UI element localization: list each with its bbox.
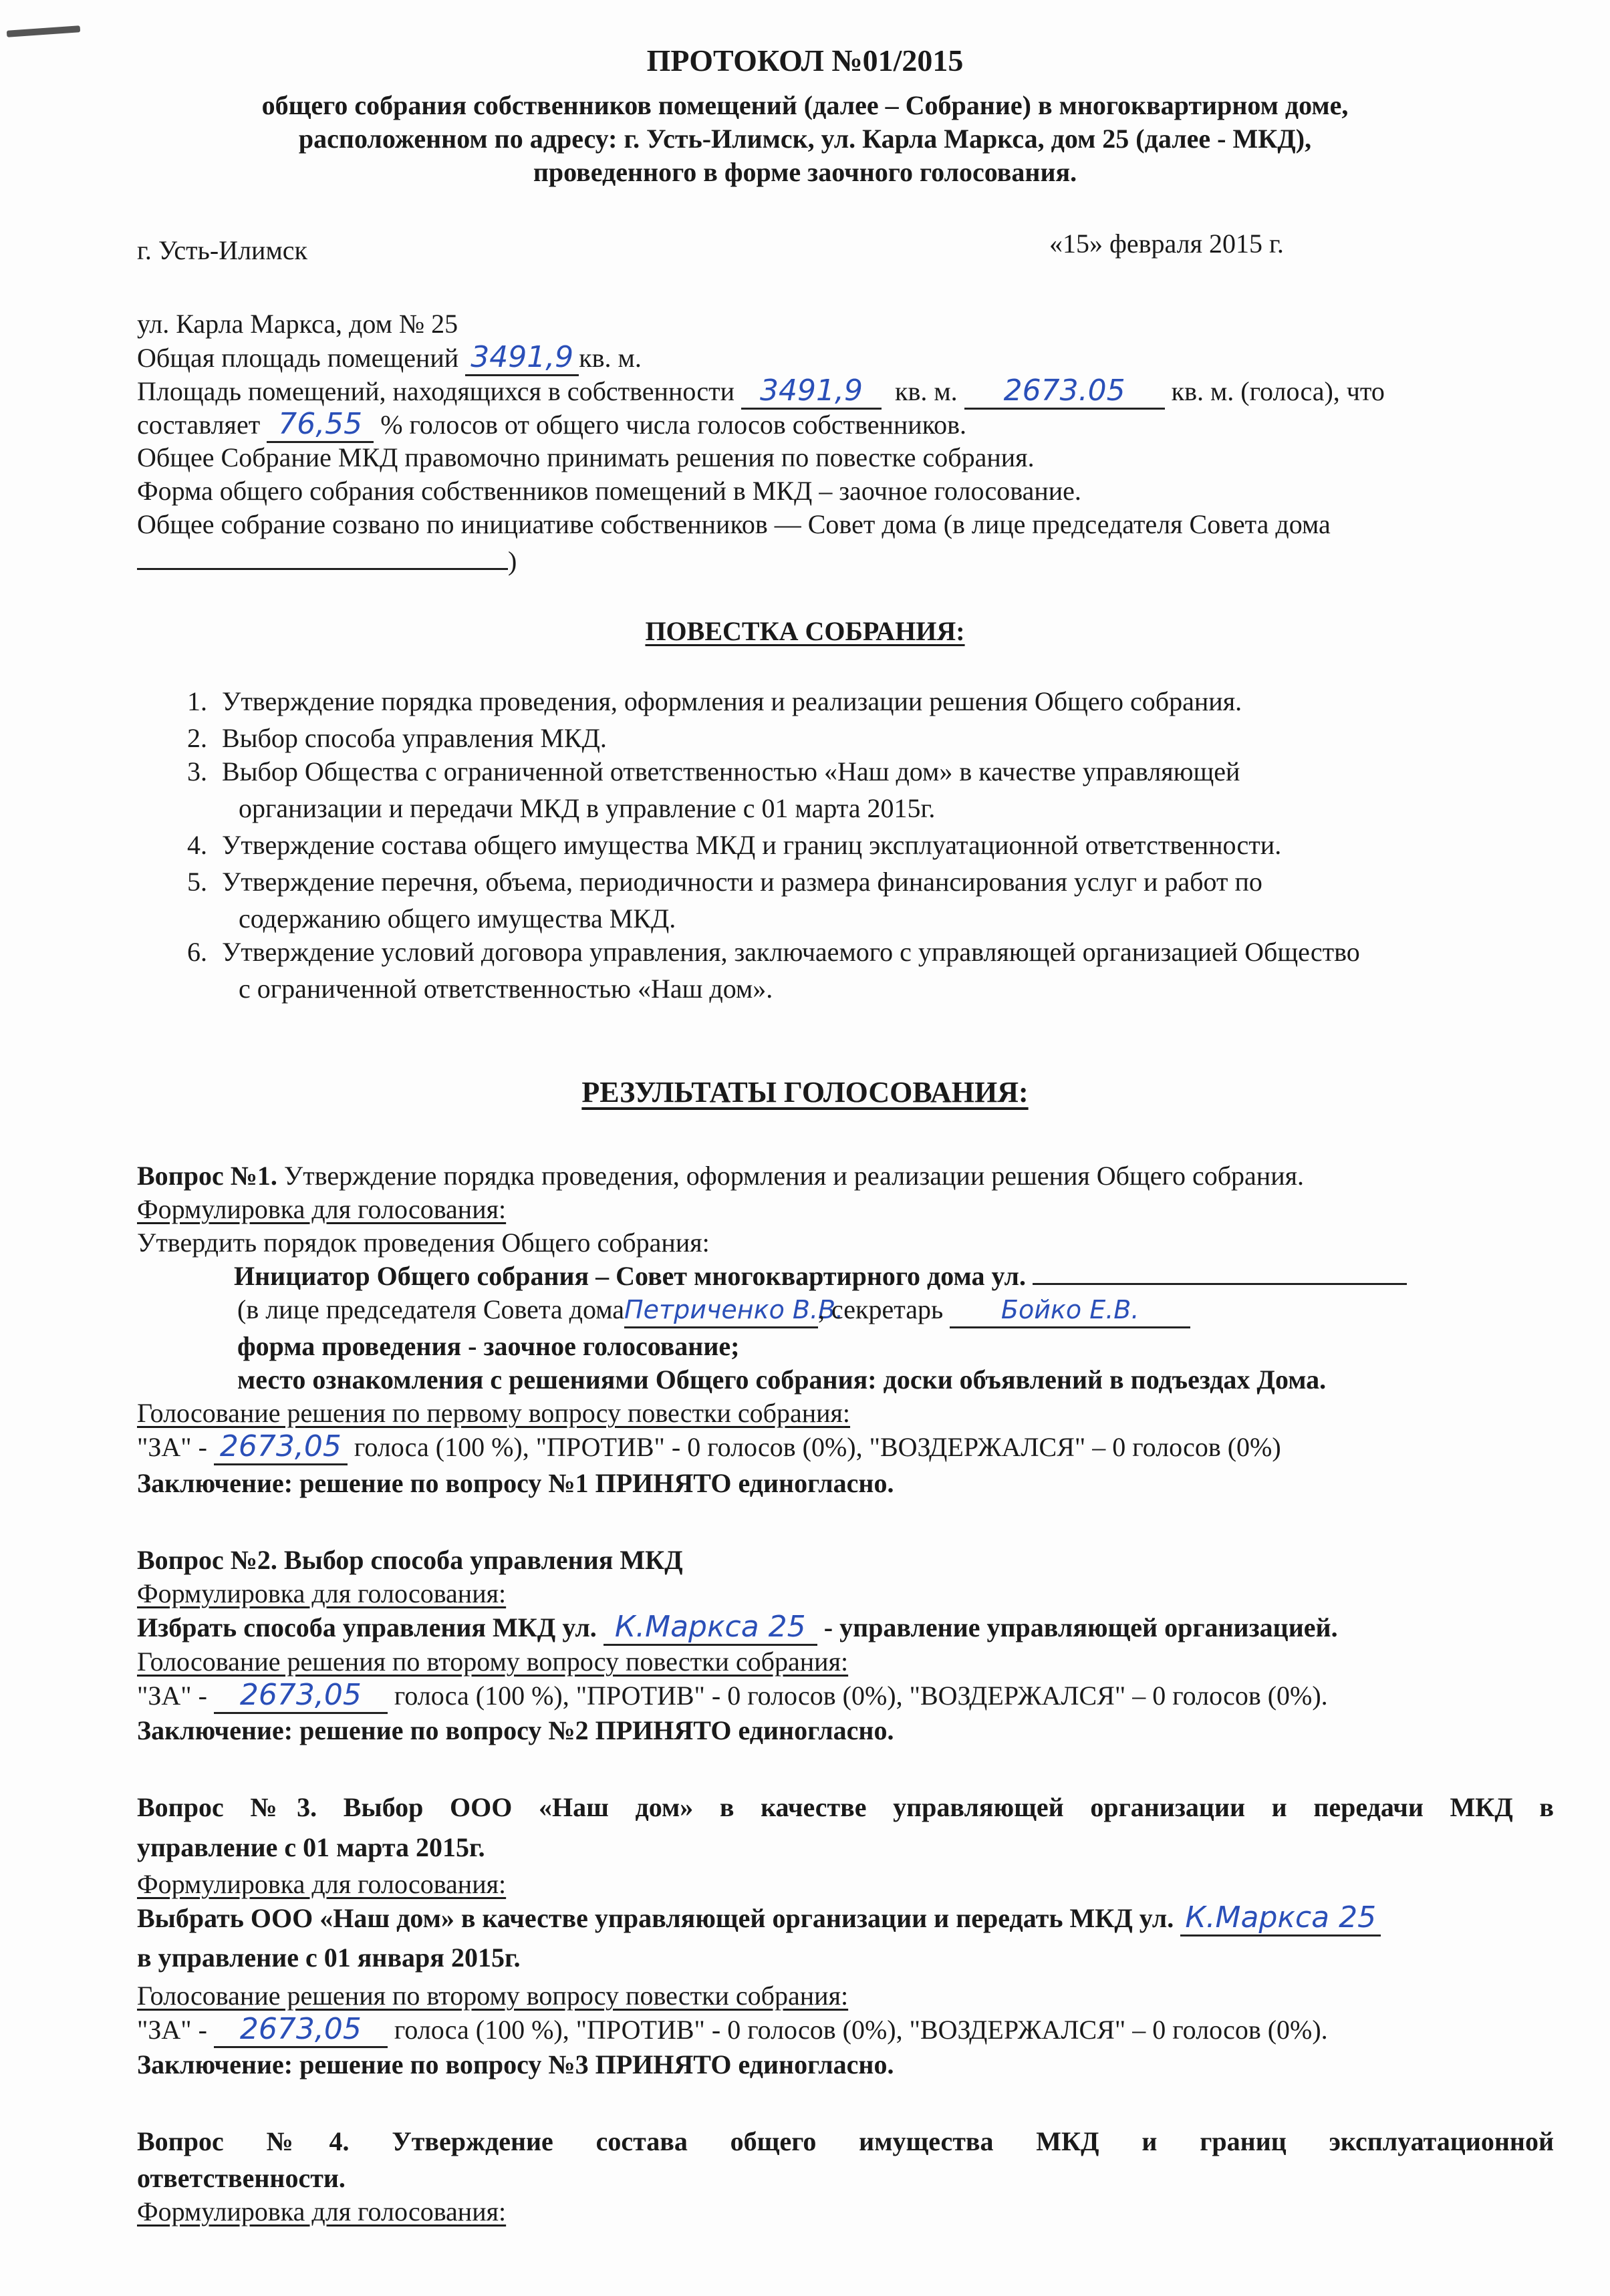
- initiator-blank-line: ): [137, 545, 517, 578]
- owned-area-line: Площадь помещений, находящихся в собстве…: [137, 374, 1385, 410]
- chair-signature: Петриченко В.В.: [624, 1293, 818, 1328]
- owned-area-value: 3491,9: [741, 374, 882, 410]
- q3-title-line-2: управление с 01 марта 2015г.: [137, 1831, 485, 1864]
- staple-mark: [7, 25, 80, 37]
- results-heading: РЕЗУЛЬТАТЫ ГОЛОСОВАНИЯ:: [0, 1076, 1610, 1109]
- percent-value: 76,55: [267, 408, 374, 443]
- agenda-item-6: 6.Утверждение условий договора управлени…: [187, 936, 1360, 969]
- percent-line: составляет 76,55 % голосов от общего чис…: [137, 408, 966, 443]
- agenda-item-3-line-2: организации и передачи МКД в управление …: [239, 792, 935, 825]
- protocol-title: ПРОТОКОЛ №01/2015: [0, 44, 1610, 78]
- agenda-item-5-line-2: содержанию общего имущества МКД.: [239, 902, 676, 936]
- q1-initiator: Инициатор Общего собрания – Совет многок…: [234, 1260, 1407, 1293]
- agenda-heading: ПОВЕСТКА СОБРАНИЯ:: [0, 615, 1610, 648]
- q1-vote-line: "ЗА" - 2673,05 голоса (100 %), "ПРОТИВ" …: [137, 1430, 1281, 1465]
- q1-wording-label: Формулировка для голосования:: [137, 1193, 506, 1226]
- total-area-value: 3491,9: [465, 341, 579, 376]
- q3-choose-line-2: в управление с 01 января 2015г.: [137, 1941, 521, 1975]
- q3-conclusion: Заключение: решение по вопросу №3 ПРИНЯТ…: [137, 2048, 894, 2082]
- q2-title: Вопрос №2. Выбор способа управления МКД: [137, 1544, 683, 1577]
- secretary-signature: Бойко Е.В.: [950, 1293, 1190, 1328]
- subtitle-line-1: общего собрания собственников помещений …: [0, 89, 1610, 122]
- q3-vote-label: Голосование решения по второму вопросу п…: [137, 1979, 848, 2013]
- q2-vote-line: "ЗА" - 2673,05 голоса (100 %), "ПРОТИВ" …: [137, 1679, 1328, 1714]
- city: г. Усть-Илимск: [137, 234, 307, 267]
- q1-title: Вопрос №1. Утверждение порядка проведени…: [137, 1159, 1304, 1193]
- q4-wording-label: Формулировка для голосования:: [137, 2195, 506, 2229]
- q3-wording-label: Формулировка для голосования:: [137, 1868, 506, 1901]
- q3-vote-line: "ЗА" - 2673,05 голоса (100 %), "ПРОТИВ" …: [137, 2013, 1328, 2048]
- address: ул. Карла Маркса, дом № 25: [137, 307, 458, 341]
- q1-approve: Утвердить порядок проведения Общего собр…: [137, 1226, 710, 1260]
- quorum-text: Общее Собрание МКД правомочно принимать …: [137, 441, 1035, 474]
- q3-za-value: 2673,05: [214, 2013, 388, 2048]
- agenda-item-2: 2.Выбор способа управления МКД.: [187, 722, 607, 755]
- q2-vote-label: Голосование решения по второму вопросу п…: [137, 1645, 848, 1679]
- q1-chair-line: (в лице председателя Совета домаПетричен…: [237, 1293, 1190, 1328]
- q1-conclusion: Заключение: решение по вопросу №1 ПРИНЯТ…: [137, 1467, 894, 1500]
- q1-form: форма проведения - заочное голосование;: [237, 1330, 739, 1363]
- q3-choose-line: Выбрать ООО «Наш дом» в качестве управля…: [137, 1901, 1381, 1936]
- q3-street-value: К.Маркса 25: [1180, 1901, 1381, 1936]
- agenda-item-3: 3.Выбор Общества с ограниченной ответств…: [187, 755, 1557, 788]
- agenda-item-5: 5.Утверждение перечня, объема, периодичн…: [187, 865, 1262, 899]
- votes-value: 2673.05: [964, 374, 1165, 410]
- subtitle-line-2: расположенном по адресу: г. Усть-Илимск,…: [0, 122, 1610, 156]
- agenda-item-4: 4.Утверждение состава общего имущества М…: [187, 829, 1281, 862]
- q1-place: место ознакомления с решениями Общего со…: [237, 1363, 1326, 1397]
- agenda-item-1: 1.Утверждение порядка проведения, оформл…: [187, 685, 1242, 718]
- q2-choose-line: Избрать способа управления МКД ул. К.Мар…: [137, 1610, 1338, 1646]
- total-area-line: Общая площадь помещений 3491,9кв. м.: [137, 341, 642, 376]
- q1-vote-label: Голосование решения по первому вопросу п…: [137, 1397, 850, 1430]
- document-page: ПРОТОКОЛ №01/2015 общего собрания собств…: [0, 0, 1610, 2296]
- initiator-text: Общее собрание созвано по инициативе соб…: [137, 508, 1331, 541]
- agenda-item-6-line-2: с ограниченной ответственностью «Наш дом…: [239, 972, 773, 1006]
- q2-street-value: К.Маркса 25: [603, 1610, 817, 1646]
- q2-za-value: 2673,05: [214, 1679, 388, 1714]
- q2-conclusion: Заключение: решение по вопросу №2 ПРИНЯТ…: [137, 1714, 894, 1747]
- q2-wording-label: Формулировка для голосования:: [137, 1577, 506, 1610]
- subtitle-line-3: проведенного в форме заочного голосовани…: [0, 156, 1610, 189]
- q1-za-value: 2673,05: [214, 1430, 348, 1465]
- date: «15» февраля 2015 г.: [1049, 227, 1284, 261]
- q4-title-line-2: ответственности.: [137, 2162, 346, 2195]
- q4-title-line-1: Вопрос №4. Утверждение состава общего им…: [137, 2125, 1554, 2158]
- form-text: Форма общего собрания собственников поме…: [137, 474, 1081, 508]
- q3-title-line-1: Вопрос №3. Выбор ООО «Наш дом» в качеств…: [137, 1791, 1554, 1824]
